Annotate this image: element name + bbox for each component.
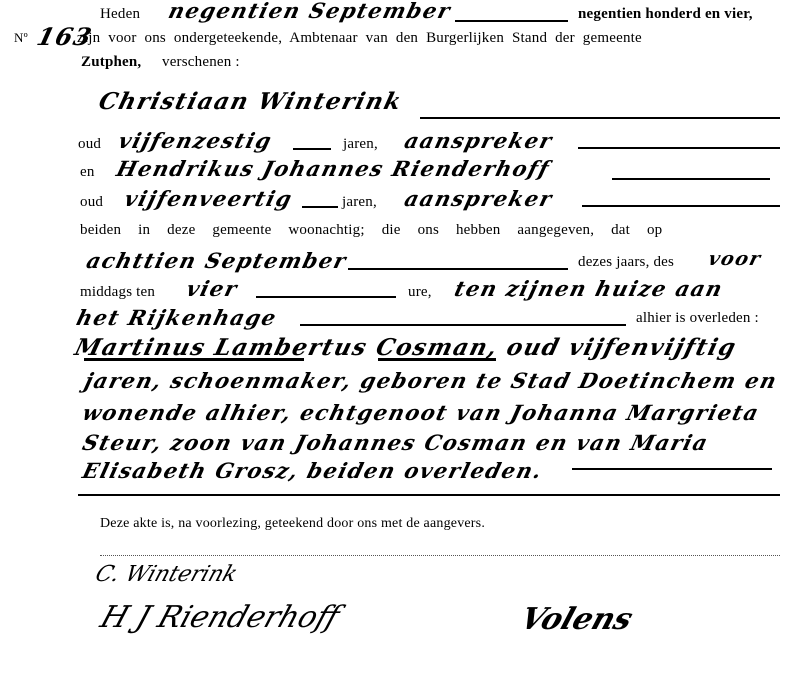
fill-line [420,117,780,119]
date-of-declaration: negentien September [166,0,454,23]
name-underline [84,358,304,361]
declarant-1-name: Christiaan Winterink [96,88,405,115]
deceased-line-1: Martinus Lambertus Cosman, oud vijfenvij… [72,334,740,361]
overleden-label: alhier is overleden : [636,310,759,327]
declarant-1-occupation: aanspreker [402,128,556,153]
closing-rule [78,494,780,496]
declarant-2-occupation: aanspreker [402,186,556,211]
deceased-line-5: Elisabeth Grosz, beiden overleden. [80,458,546,483]
ure-label: ure, [408,284,432,301]
surname-underline [378,358,496,361]
year-bold: negentien honderd en vier, [578,6,753,22]
fill-line [300,324,626,326]
place-of-death: ten zijnen huize aan [452,276,726,301]
record-number-label: Nº [14,30,28,46]
fill-line [582,205,780,207]
date-of-death: achttien September [84,248,350,273]
street-of-death: het Rijkenhage [74,305,280,330]
jaren-label: jaren, [342,194,377,211]
closing-statement: Deze akte is, na voorlezing, geteekend d… [100,516,485,532]
hour-of-death: vier [184,276,241,301]
declarant-2-age: vijfenveertig [122,186,296,211]
declarant-2-name: Hendrikus Johannes Rienderhoff [114,156,553,181]
official-statement: zijn voor ons ondergeteekende, Ambtenaar… [77,30,642,47]
heden-label: Heden [100,6,140,23]
jaren-label: jaren, [343,136,378,153]
middags-label: middags ten [80,284,155,301]
oud-label: oud [78,136,101,153]
dezes-jaars-label: dezes jaars, des [578,254,674,271]
deceased-line-4: Steur, zoon van Johannes Cosman en van M… [80,430,711,455]
signature-declarant-2: H J Rienderhoff [96,600,344,635]
deceased-line-2: jaren, schoenmaker, geboren te Stad Doet… [82,368,780,393]
verschenen-label: verschenen : [162,54,240,71]
declarant-1-age: vijfenzestig [116,128,275,153]
fill-line [348,268,568,270]
fill-line [612,178,770,180]
signature-dotted-line [100,555,780,556]
fill-line [572,468,772,470]
residence-statement: beiden in deze gemeente woonachtig; die … [80,222,662,239]
municipality: Zutphen, [81,54,141,71]
signature-declarant-1: C. Winterink [92,562,241,587]
fill-line [455,20,568,22]
signature-official: Volens [516,602,637,637]
fill-line [578,147,780,149]
fill-line [302,206,338,208]
oud-label: oud [80,194,103,211]
en-label: en [80,164,95,181]
time-of-day: voor [706,248,764,270]
fill-line [293,148,331,150]
fill-line [256,296,396,298]
year-printed: negentien honderd en vier, [578,6,753,23]
deceased-line-3: wonende alhier, echtgenoot van Johanna M… [80,400,762,425]
